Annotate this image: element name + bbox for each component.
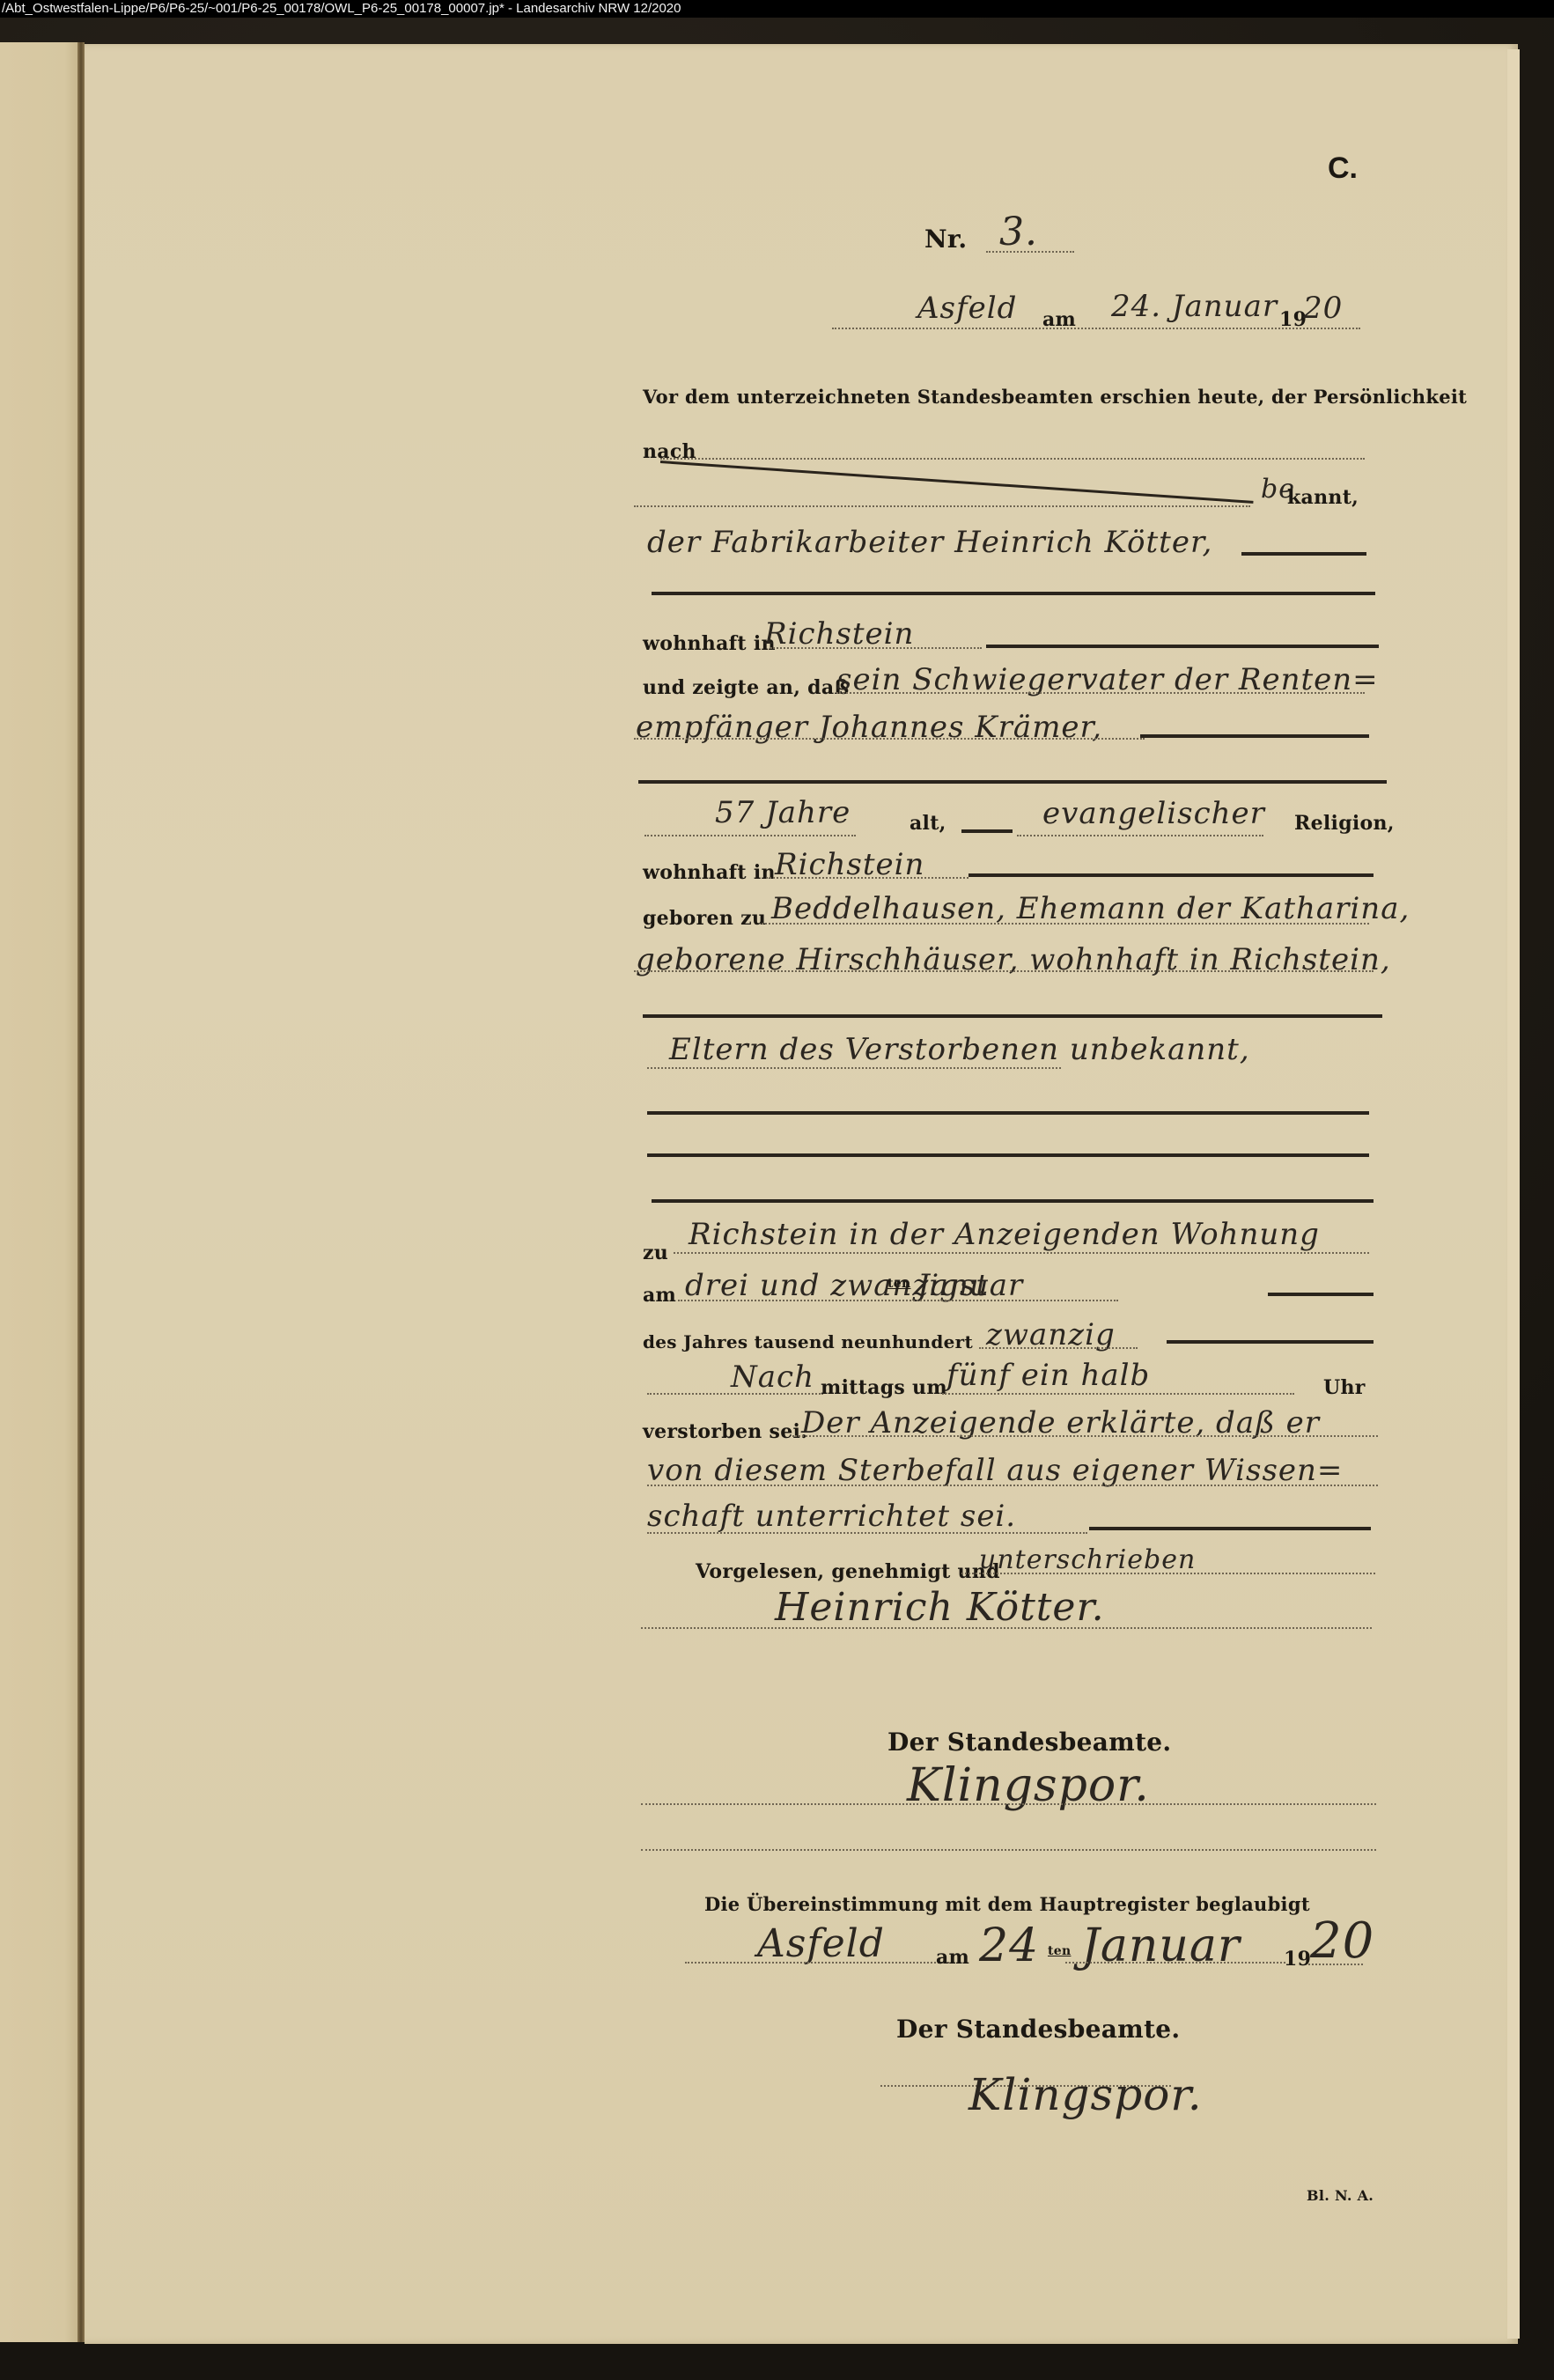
known-suffix: kannt, [1287, 486, 1359, 509]
signature-dots [641, 1627, 1372, 1629]
death-place-dots [674, 1252, 1369, 1254]
age-label: alt, [910, 812, 946, 835]
page-edge [1507, 49, 1520, 2339]
residence-line-1 [770, 647, 982, 649]
religion-line [1017, 835, 1263, 836]
official-signature-2: Klingspor. [968, 2069, 1203, 2120]
death-day-suffix: ten [887, 1277, 910, 1291]
death-date-dots [678, 1300, 1118, 1301]
age-line [644, 835, 856, 836]
birth-line-1: Beddelhausen, Ehemann der Katharina, [771, 891, 1410, 926]
residence-fill-rule-1 [986, 645, 1379, 648]
cert-day: 24 [979, 1919, 1039, 1972]
death-time: fünf ein halb [946, 1358, 1150, 1393]
age-fill-rule [961, 829, 1013, 833]
death-time-dots [942, 1393, 1294, 1395]
certification-text: Die Übereinstimmung mit dem Hauptregiste… [704, 1893, 1310, 1915]
residence-label-2: wohnhaft in [643, 861, 776, 884]
number-label: Nr. [924, 225, 967, 254]
time-prefix-dots [647, 1393, 823, 1395]
statement-line-2: von diesem Sterbefall aus eigener Wissen… [647, 1453, 1343, 1488]
official-dots-2 [641, 1849, 1376, 1851]
window-title-bar: /Abt_Ostwestfalen-Lippe/P6/P6-25/~001/P6… [0, 0, 1554, 18]
residence-line-2 [766, 877, 968, 879]
intro-text: Vor dem unterzeichneten Standesbeamten e… [643, 386, 1467, 408]
cert-place: Asfeld [757, 1921, 885, 1966]
corner-mark: C. [1328, 151, 1358, 186]
blank-rule-2 [638, 780, 1387, 784]
cert-year-dots [1308, 1964, 1363, 1965]
read-approved-dots [961, 1573, 1375, 1574]
deceased-age: 57 Jahre [715, 795, 851, 830]
death-date-fill-rule [1268, 1293, 1374, 1296]
cert-month: Januar [1081, 1919, 1241, 1972]
residence-label-1: wohnhaft in [643, 632, 776, 655]
read-approved-hand: unterschrieben [979, 1544, 1196, 1575]
informant-residence: Richstein [764, 616, 914, 652]
official-dots-1 [641, 1803, 1376, 1805]
deceased-line-2: empfänger Johannes Krämer, [636, 710, 1102, 745]
deceased-fill-rule [1140, 734, 1369, 738]
statement-line-3: schaft unterrichtet sei. [647, 1499, 1016, 1534]
blank-rule-4 [647, 1111, 1369, 1115]
informant-signature: Heinrich Kötter. [775, 1585, 1105, 1630]
statement-fill-rule [1089, 1527, 1371, 1530]
official-title-2: Der Standesbeamte. [896, 2015, 1180, 2044]
death-month: Januar [917, 1268, 1023, 1303]
left-facing-page [0, 42, 81, 2342]
blank-rule-6 [652, 1199, 1374, 1203]
informant-fill-rule [1241, 552, 1366, 556]
record-number: 3. [999, 210, 1038, 254]
statement-dots-2 [647, 1485, 1378, 1486]
blank-rule-1 [652, 592, 1375, 595]
deceased-label: verstorben sei. [643, 1420, 807, 1443]
header-date: 24. Januar [1111, 289, 1278, 324]
deceased-dots-2 [634, 738, 1145, 740]
cert-am: am [936, 1946, 969, 1969]
death-year-fill-rule [1167, 1340, 1374, 1344]
death-year-label: des Jahres tausend neunhundert [643, 1331, 973, 1352]
header-place: Asfeld [917, 291, 1017, 326]
nach-label: nach [643, 440, 696, 463]
book-gutter [77, 42, 85, 2342]
birth-line-2: geborene Hirschhäuser, wohnhaft in Richs… [636, 942, 1391, 977]
read-approved-label: Vorgelesen, genehmigt und [696, 1560, 1000, 1583]
nach-line [660, 458, 1365, 460]
parents-line: Eltern des Verstorbenen unbekannt, [669, 1032, 1250, 1067]
report-label: und zeigte an, daß [643, 676, 849, 699]
parents-dots [647, 1067, 1061, 1069]
death-place: Richstein in der Anzeigenden Wohnung [689, 1217, 1320, 1252]
death-year-dots [979, 1347, 1138, 1349]
blank-rule-3 [643, 1014, 1382, 1018]
time-prefix-hand: Nach [731, 1359, 814, 1395]
cert-day-suffix: ten [1048, 1944, 1071, 1958]
blank-rule-5 [647, 1153, 1369, 1157]
birth-dots-2 [634, 970, 1374, 972]
cert-month-dots [1065, 1962, 1285, 1964]
death-place-label: zu [643, 1242, 668, 1264]
time-hour-label: Uhr [1323, 1376, 1366, 1399]
deceased-dots-1 [836, 692, 1365, 694]
header-year-suffix: 20 [1303, 291, 1343, 326]
time-midday-label: mittags um [821, 1376, 947, 1399]
window-title: /Abt_Ostwestfalen-Lippe/P6/P6-25/~001/P6… [2, 1, 681, 16]
cert-year-suffix: 20 [1310, 1912, 1374, 1970]
residence-fill-rule-2 [968, 873, 1374, 877]
number-line [986, 251, 1074, 253]
cert-place-dots [685, 1962, 949, 1964]
header-am: am [1042, 308, 1076, 331]
religion-label: Religion, [1294, 812, 1395, 835]
religion-value: evangelischer [1042, 796, 1265, 831]
birth-dots-1 [762, 923, 1369, 925]
statement-dots-3 [647, 1532, 1087, 1534]
cert-year-prefix: 19 [1284, 1948, 1311, 1971]
death-date-label: am [643, 1284, 676, 1307]
official-title-1: Der Standesbeamte. [887, 1728, 1171, 1757]
informant-name: der Fabrikarbeiter Heinrich Kötter, [647, 525, 1212, 560]
statement-dots-1 [792, 1435, 1378, 1437]
known-line [634, 505, 1250, 507]
birthplace-label: geboren zu [643, 907, 766, 930]
footer-mark: Bl. N. A. [1307, 2187, 1374, 2204]
